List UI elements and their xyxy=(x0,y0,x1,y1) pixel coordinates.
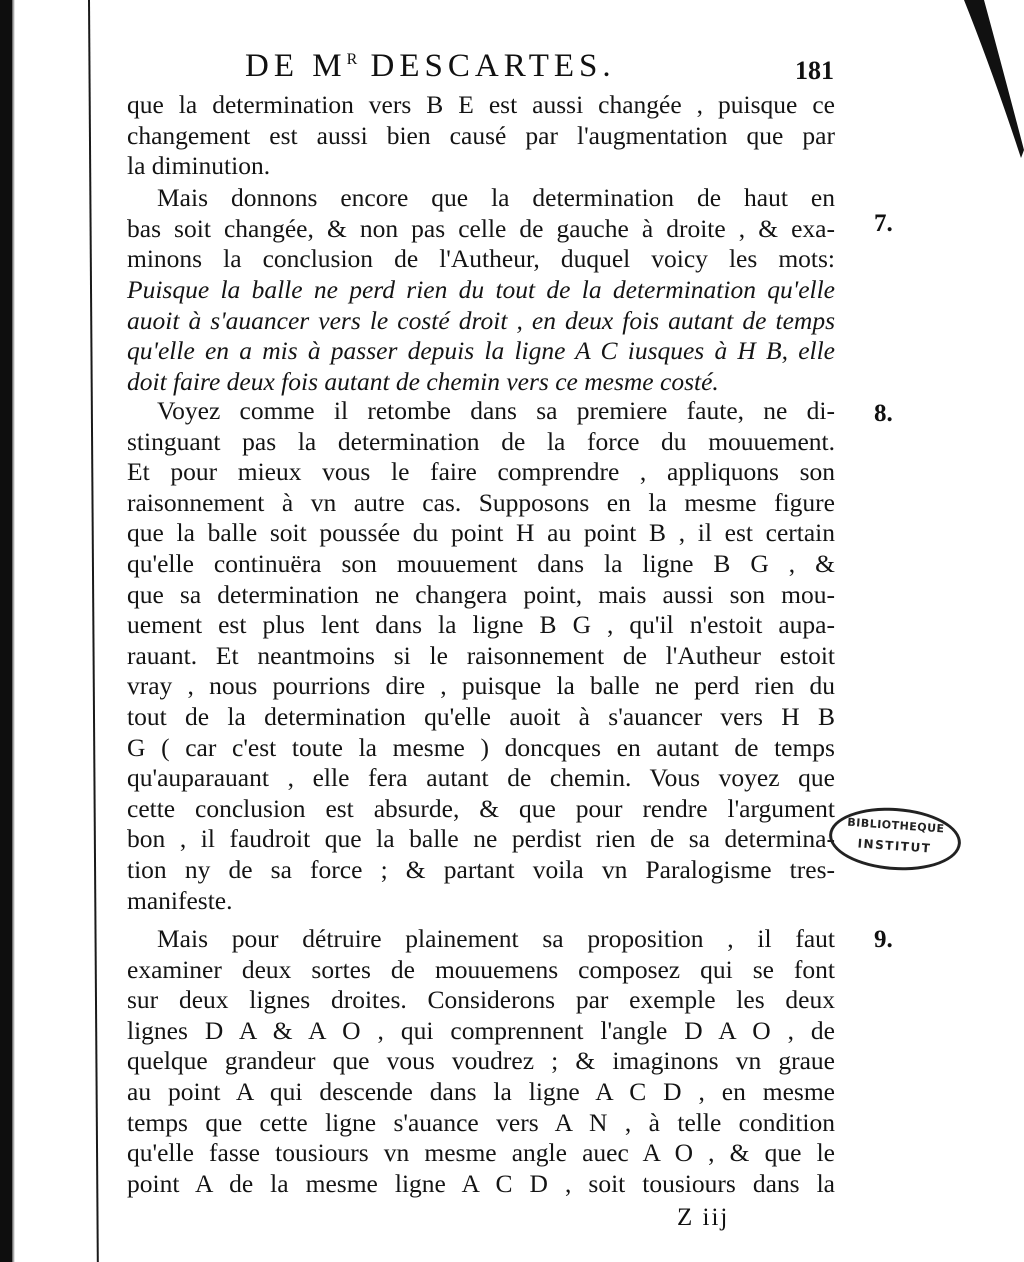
paragraph-1: que la determination vers B E est aussi … xyxy=(127,90,835,182)
text-line: minons la conclusion de l'Autheur, duque… xyxy=(127,244,835,275)
running-header-title: DESCARTES. xyxy=(357,48,615,84)
stamp-line-1: BIBLIOTHEQUE xyxy=(833,815,960,837)
text-line: qu'elle en a mis à passer depuis la lign… xyxy=(127,336,835,367)
text-line: bon , il faudroit que la balle ne perdis… xyxy=(127,824,835,855)
text-line: cette conclusion est absurde, & que pour… xyxy=(127,794,835,825)
text-line: temps que cette ligne s'auance vers A N … xyxy=(127,1108,835,1139)
text-line: lignes D A & A O , qui comprennent l'ang… xyxy=(127,1016,835,1047)
paragraph-4: Mais pour détruire plainement sa proposi… xyxy=(127,924,835,1199)
text-line: Et pour mieux vous le faire comprendre ,… xyxy=(127,457,835,488)
text-line: examiner deux sortes de mouuemens compos… xyxy=(127,955,835,986)
page-number: 181 xyxy=(795,56,834,86)
text-line: Voyez comme il retombe dans sa premiere … xyxy=(127,396,835,427)
text-line: vray , nous pourrions dire , puisque la … xyxy=(127,671,835,702)
text-line: Mais pour détruire plainement sa proposi… xyxy=(127,924,835,955)
text-line: G ( car c'est toute la mesme ) doncques … xyxy=(127,733,835,764)
text-line: raisonnement à vn autre cas. Supposons e… xyxy=(127,488,835,519)
text-line: tion ny de sa force ; & partant voila vn… xyxy=(127,855,835,886)
text-line: tout de la determination qu'elle auoit à… xyxy=(127,702,835,733)
text-line: doit faire deux fois autant de chemin ve… xyxy=(127,367,835,398)
text-line: rauant. Et neantmoins si le raisonnement… xyxy=(127,641,835,672)
margin-note-9: 9. xyxy=(874,926,893,954)
text-line: point A de la mesme ligne A C D , soit t… xyxy=(127,1169,835,1200)
scan-left-edge-shadow xyxy=(0,0,12,1262)
running-header: DE MR DESCARTES. xyxy=(245,48,616,85)
text-line: qu'auparauant , elle fera autant de chem… xyxy=(127,763,835,794)
text-line: changement est aussi bien causé par l'au… xyxy=(127,121,835,152)
paragraph-3: Voyez comme il retombe dans sa premiere … xyxy=(127,396,835,916)
text-line: stinguant pas la determination de la for… xyxy=(127,427,835,458)
running-header-superscript: R xyxy=(347,51,358,68)
text-line: sur deux lignes droites. Considerons par… xyxy=(127,985,835,1016)
signature-mark: Z iij xyxy=(677,1204,729,1232)
text-line: au point A qui descende dans la ligne A … xyxy=(127,1077,835,1108)
text-line: que sa determination ne changera point, … xyxy=(127,580,835,611)
library-stamp: BIBLIOTHEQUE INSTITUT xyxy=(827,803,963,874)
stamp-line-2: INSTITUT xyxy=(831,835,958,858)
quotation-italic: Puisque la balle ne perd rien du tout de… xyxy=(127,275,835,397)
text-line: auoit à s'auancer vers le costé droit , … xyxy=(127,306,835,337)
page-edge-rule xyxy=(88,0,99,1262)
text-line: la diminution. xyxy=(127,151,835,182)
text-line: que la balle soit poussée du point H au … xyxy=(127,518,835,549)
text-line: Mais donnons encore que la determination… xyxy=(127,183,835,214)
margin-note-8: 8. xyxy=(874,400,893,428)
paragraph-2: Mais donnons encore que la determination… xyxy=(127,183,835,275)
text-line: bas soit changée, & non pas celle de gau… xyxy=(127,214,835,245)
text-line: manifeste. xyxy=(127,886,835,917)
margin-note-7: 7. xyxy=(874,210,893,238)
text-line: quelque grandeur que vous voudrez ; & im… xyxy=(127,1046,835,1077)
text-line: Puisque la balle ne perd rien du tout de… xyxy=(127,275,835,306)
text-line: uement est plus lent dans la ligne B G ,… xyxy=(127,610,835,641)
scan-corner-shadow xyxy=(884,0,1024,160)
text-line: qu'elle fasse tousiours vn mesme angle a… xyxy=(127,1138,835,1169)
text-line: que la determination vers B E est aussi … xyxy=(127,90,835,121)
text-line: qu'elle continuëra son mouuement dans la… xyxy=(127,549,835,580)
running-header-prefix: DE M xyxy=(245,48,347,84)
